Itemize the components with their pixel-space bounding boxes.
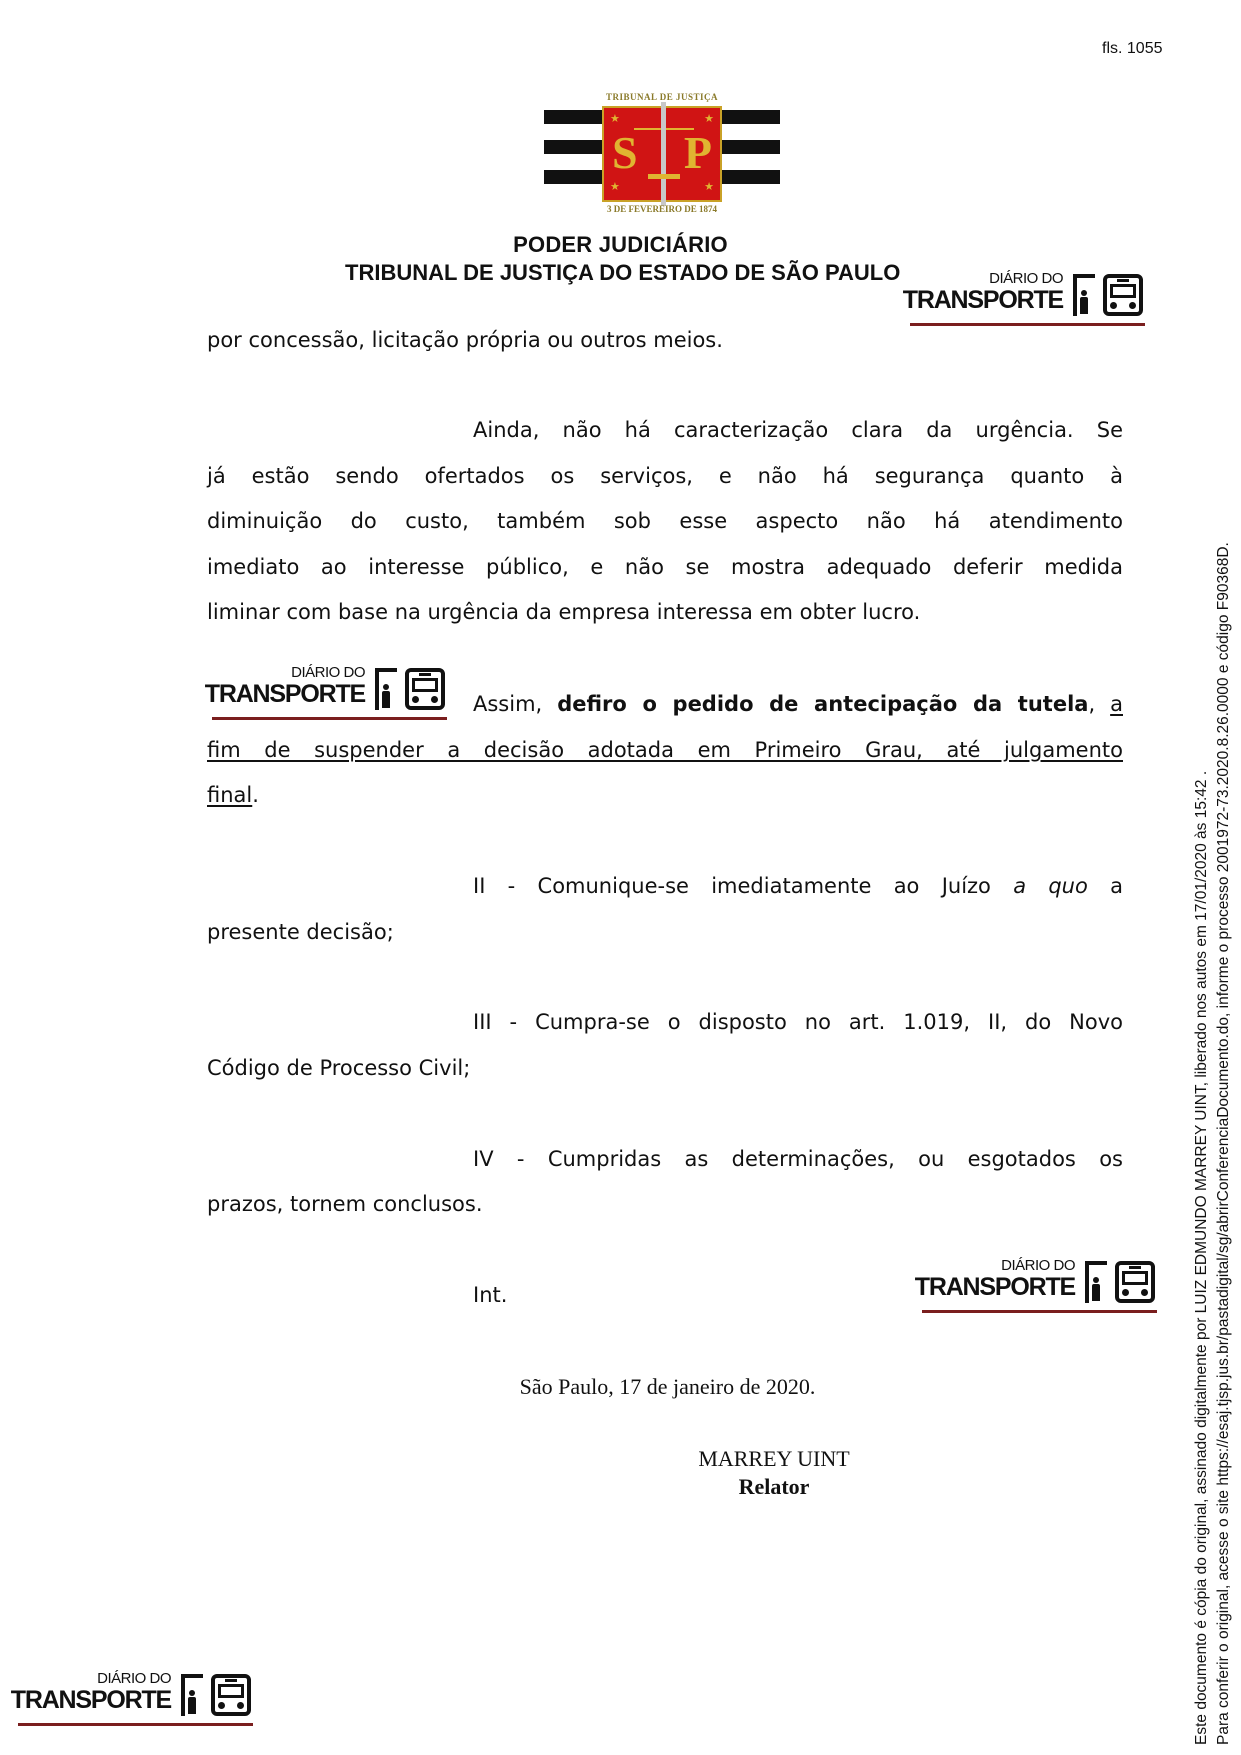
watermark-logo: DIÁRIO DO TRANSPORTE xyxy=(18,1668,253,1728)
place-date: São Paulo, 17 de janeiro de 2020. xyxy=(0,1374,1241,1400)
paragraph-line: prazos, tornem conclusos. xyxy=(207,1192,1123,1216)
text-span: , xyxy=(1088,692,1110,716)
paragraph-line: já estão sendo ofertados os serviços, e … xyxy=(207,464,1123,488)
header-subtitle: TRIBUNAL DE JUSTIÇA DO ESTADO DE SÃO PAU… xyxy=(345,260,900,286)
signer-role: Relator xyxy=(0,1474,1241,1500)
crest-stripe xyxy=(722,170,780,184)
text-span: . xyxy=(252,783,259,807)
paragraph-line: II - Comunique-se imediatamente ao Juízo… xyxy=(473,874,1123,898)
underlined-text: final xyxy=(207,783,252,807)
paragraph-line: diminuição do custo, também sob esse asp… xyxy=(207,509,1123,533)
person-icon xyxy=(1080,290,1088,314)
sword-icon xyxy=(661,102,666,206)
paragraph-line: Ainda, não há caracterização clara da ur… xyxy=(473,418,1123,442)
logo-main-text: TRANSPORTE xyxy=(11,1686,171,1715)
header-title: PODER JUDICIÁRIO xyxy=(0,232,1241,258)
paragraph-line: Código de Processo Civil; xyxy=(207,1056,1123,1080)
watermark-logo: DIÁRIO DO TRANSPORTE xyxy=(910,268,1145,328)
logo-underline xyxy=(18,1723,253,1726)
star-icon: ★ xyxy=(704,180,714,193)
paragraph-line: IV - Cumpridas as determinações, ou esgo… xyxy=(473,1147,1123,1171)
crest-shield: ★ ★ ★ ★ S P xyxy=(602,106,722,202)
crest-stripe xyxy=(544,110,602,124)
person-icon xyxy=(382,684,390,708)
logo-underline xyxy=(922,1310,1157,1313)
authenticity-note-line2: Para conferir o original, acesse o site … xyxy=(1215,542,1233,1745)
authenticity-note-line1: Este documento é cópia do original, assi… xyxy=(1193,771,1211,1745)
sword-guard xyxy=(648,174,680,179)
bold-text: defiro o pedido de antecipação da tutela xyxy=(557,692,1088,716)
crest-letter-s: S xyxy=(612,126,638,179)
paragraph-line: por concessão, licitação própria ou outr… xyxy=(207,328,1123,352)
paragraph-line: presente decisão; xyxy=(207,920,1123,944)
logo-top-text: DIÁRIO DO xyxy=(989,270,1063,287)
bus-icon xyxy=(1103,274,1143,316)
crest-stripe xyxy=(544,170,602,184)
logo-top-text: DIÁRIO DO xyxy=(97,1670,171,1687)
logo-main-text: TRANSPORTE xyxy=(205,680,365,709)
crest-top-text: TRIBUNAL DE JUSTIÇA xyxy=(542,92,782,102)
crest-stripe xyxy=(722,110,780,124)
crest-letter-p: P xyxy=(684,126,712,179)
paragraph-line: imediato ao interesse público, e não se … xyxy=(207,555,1123,579)
paragraph-line: III - Cumpra-se o disposto no art. 1.019… xyxy=(473,1010,1123,1034)
star-icon: ★ xyxy=(704,112,714,125)
crest-stripe xyxy=(722,140,780,154)
page-number: fls. 1055 xyxy=(1102,40,1162,58)
logo-underline xyxy=(910,323,1145,326)
logo-underline xyxy=(212,717,447,720)
logo-top-text: DIÁRIO DO xyxy=(291,664,365,681)
italic-text: a quo xyxy=(1013,874,1088,898)
signer-name: MARREY UINT xyxy=(0,1446,1241,1472)
star-icon: ★ xyxy=(610,180,620,193)
star-icon: ★ xyxy=(610,112,620,125)
crest-bottom-text: 3 DE FEVEREIRO DE 1874 xyxy=(542,204,782,214)
bus-icon xyxy=(211,1674,251,1716)
watermark-logo: DIÁRIO DO TRANSPORTE xyxy=(212,662,447,722)
text-span: II - Comunique-se imediatamente ao Juízo xyxy=(473,874,1013,898)
logo-top-text: DIÁRIO DO xyxy=(1001,1257,1075,1274)
paragraph-line: Int. xyxy=(473,1283,1123,1307)
court-crest: TRIBUNAL DE JUSTIÇA ★ ★ ★ ★ S P 3 DE FEV… xyxy=(542,92,782,217)
logo-main-text: TRANSPORTE xyxy=(903,286,1063,315)
crest-stripe xyxy=(544,140,602,154)
paragraph-line: Assim, defiro o pedido de antecipação da… xyxy=(473,692,1123,716)
paragraph-line: fim de suspender a decisão adotada em Pr… xyxy=(207,738,1123,762)
text-span: Assim, xyxy=(473,692,557,716)
underlined-text: a xyxy=(1110,692,1123,716)
bus-icon xyxy=(405,668,445,710)
person-icon xyxy=(188,1690,196,1714)
text-span: a xyxy=(1088,874,1123,898)
paragraph-line: liminar com base na urgência da empresa … xyxy=(207,600,1123,624)
paragraph-line: final. xyxy=(207,783,1123,807)
